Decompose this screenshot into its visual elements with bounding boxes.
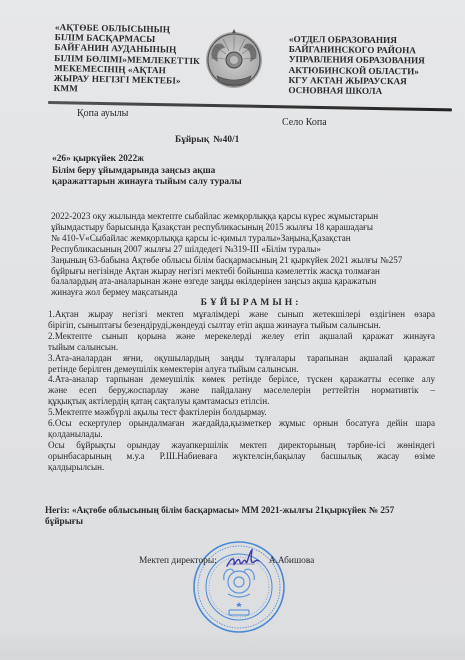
order-number-value: №40/1 — [213, 135, 239, 145]
state-emblem-icon — [203, 28, 265, 92]
order-item-line: қолданылады. — [48, 429, 435, 440]
order-item-line: 2.Мектепте сынып қорына және мерекелерді… — [48, 331, 435, 342]
orders-title: БҰЙЫРАМЫН: — [51, 298, 441, 309]
order-item-line: 3.Ата-аналардан яғни, оқушылардың заңды … — [48, 353, 435, 364]
header-org-kz-line: КММ — [54, 83, 204, 96]
order-item-line: құқықтық актілердің қатаң сақталуы қамта… — [48, 396, 435, 407]
order-item-line: қалдырылсын. — [48, 462, 435, 473]
handwritten-signature-icon — [225, 548, 261, 572]
director-name: А.Абишова — [269, 556, 315, 566]
order-item-line: 1.Ақтан жырау негізгі мектеп мұғалімдері… — [48, 309, 435, 320]
preamble-line: Республикасының 2007 жылғы 27 шілдедегі … — [51, 244, 441, 255]
order-subject-block: «26» қыркүйек 2022ж Білім беру ұйымдарын… — [52, 154, 242, 189]
scanned-order-document: «АҚТӨБЕ ОБЛЫСЫНЫҢ БІЛІМ БАСҚАРМАСЫ БАЙҒА… — [0, 0, 465, 660]
order-items: 1.Ақтан жырау негізгі мектеп мұғалімдері… — [48, 309, 435, 473]
order-item-line: және есеп беру,жоспарлау және пайдалану … — [48, 385, 435, 396]
order-date: «26» қыркүйек 2022ж — [52, 154, 242, 166]
preamble-line: 2022-2023 оқу жылында мектепте сыбайлас … — [51, 211, 441, 222]
basis-line: бұйрығы — [45, 516, 435, 527]
preamble-line: балалардың ата-аналарынан және өзгеде за… — [51, 276, 441, 287]
order-basis: Негіз: «Ақтөбе облысының білім басқармас… — [45, 505, 435, 527]
preamble-line: бұйрығы негізінде Ақтан жырау негізгі ме… — [51, 266, 441, 277]
order-subject-line: Білім беру ұйымдарында заңсыз ақша — [52, 166, 242, 178]
order-item-line: тыйым салынсын. — [48, 342, 435, 353]
order-item-line: ретінде берілген демеушілік көмектерін а… — [48, 364, 435, 375]
order-item-line: 6.Осы ескертулер орындалмаған жағдайда,қ… — [48, 418, 435, 429]
preamble-line: Заңының 63-бабына Ақтөбе облысы білім ба… — [51, 255, 441, 266]
order-item-line: 4.Ата-аналар тарпынан демеушілік көмек р… — [48, 374, 435, 385]
header-org-ru-line: ОСНОВНАЯ ШКОЛА — [288, 85, 463, 97]
order-label: Бұйрық — [175, 135, 209, 145]
order-item-line: 5.Мектепте мәжбүрлі ақылы тест фактілері… — [48, 407, 435, 418]
order-item-line: Осы бұйрықты орындау жауапкершілік мекте… — [48, 440, 435, 451]
paper-edge-shadow — [0, 630, 465, 660]
order-number: Бұйрық№40/1 — [175, 135, 239, 145]
order-item-line: орынбасарының м.у.а Р.Ш.Набиеваға жүктел… — [48, 451, 435, 462]
preamble: 2022-2023 оқу жылында мектепте сыбайлас … — [51, 211, 441, 309]
header-org-kz: «АҚТӨБЕ ОБЛЫСЫНЫҢ БІЛІМ БАСҚАРМАСЫ БАЙҒА… — [54, 22, 205, 97]
preamble-line: № 410-V«Сыбайлас жемқорлыққа қарсы іс-қи… — [51, 233, 441, 244]
place-ru: Село Копа — [282, 117, 327, 128]
header-org-ru: «ОТДЕЛ ОБРАЗОВАНИЯ БАЙГАНИНСКОГО РАЙОНА … — [288, 34, 464, 97]
preamble-line: ұйымдастыру барысында Қазақстан республи… — [51, 222, 441, 233]
order-subject-line: қаражаттарын жинауға тыйым салу туралы — [52, 177, 242, 189]
place-kz: Қопа ауылы — [77, 108, 128, 119]
director-title: Мектеп директоры: — [139, 556, 217, 566]
order-item-line: бірігіп, сыныптағы безендіруді,жөндеуді … — [48, 320, 435, 331]
basis-line: Негіз: «Ақтөбе облысының білім басқармас… — [45, 505, 435, 516]
